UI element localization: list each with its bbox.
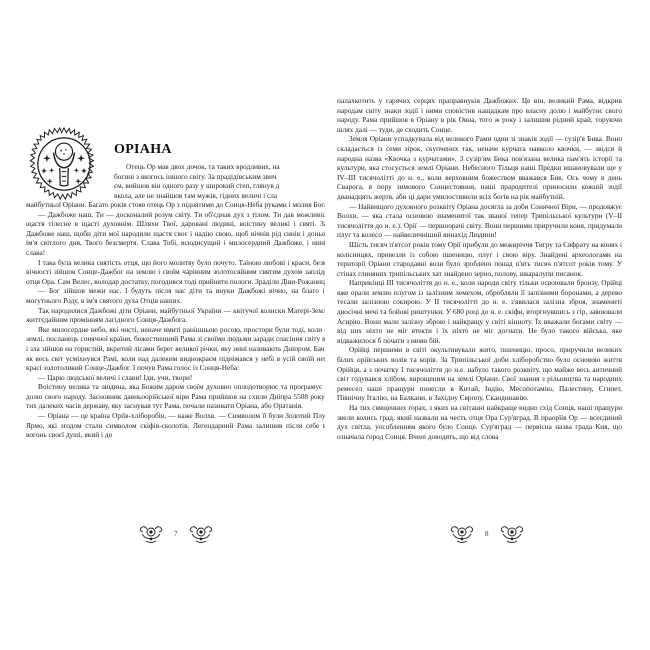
- paragraph: — Дажбоже наш, Ти — досконалий розум сві…: [26, 210, 325, 258]
- paragraph: — Оріана — це країна Оріїв-хліборобів, —…: [26, 411, 325, 440]
- floral-ornament-icon: [449, 524, 475, 544]
- paragraph: майбутньої Оріани. Багато років стояв от…: [26, 200, 325, 210]
- intro-line: єм, вийшов він одного разу у широкий сте…: [114, 181, 325, 191]
- page-footer: 8: [449, 524, 525, 544]
- paragraph: Наприкінці III тисячоліття до н. е., кол…: [337, 278, 622, 345]
- page-number: 8: [485, 530, 489, 538]
- paragraph: палахкотить у гарячих серцях праправнукі…: [337, 96, 622, 134]
- page-footer: 7: [138, 524, 214, 544]
- paragraph: Шість тисяч п'ятсот років тому Орії приб…: [337, 240, 622, 278]
- paragraph: Так народилися Дажбожі діти Оріани, майб…: [26, 306, 325, 325]
- intro-line: богині з якогось іншого світу. За прадід…: [114, 172, 325, 182]
- paragraph: Орійці першими в світі окультивували жит…: [337, 345, 622, 403]
- floral-ornament-icon: [188, 524, 214, 544]
- paragraph: На тих священних горах, з яких на світан…: [337, 403, 622, 441]
- paragraph: — Бог зійшов межи нас. І будуть після на…: [26, 286, 325, 305]
- intro-line: вкола, але не знайшов там мужів, гідних …: [114, 191, 325, 201]
- paragraph: Воістину велика та людина, яка Божим дар…: [26, 382, 325, 411]
- page-number: 7: [174, 530, 178, 538]
- floral-ornament-icon: [138, 524, 164, 544]
- paragraph: Яке милосердне небо, які чисті, неначе в…: [26, 325, 325, 373]
- right-page: палахкотить у гарячих серцях праправнукі…: [325, 0, 650, 650]
- paragraph: І така була велика святість отця, що йог…: [26, 258, 325, 287]
- sun-crescent-emblem-icon: [26, 126, 102, 202]
- paragraph: Земля Оріани успадкувала від великого Ра…: [337, 134, 622, 201]
- left-body-text: майбутньої Оріани. Багато років стояв от…: [26, 200, 325, 440]
- paragraph: — Найвищого духовного розквіту Оріана до…: [337, 202, 622, 240]
- intro-text: Отець Ор мав двох дочок, та таких вродли…: [114, 162, 325, 200]
- floral-ornament-icon: [499, 524, 525, 544]
- left-page: ОРІАНА Отець Ор мав двох дочок, та таких…: [0, 0, 325, 650]
- chapter-heading: ОРІАНА: [114, 142, 172, 158]
- intro-line: Отець Ор мав двох дочок, та таких вродли…: [114, 162, 325, 172]
- paragraph: — Царю людської величі і слави! Іди, учи…: [26, 373, 325, 383]
- right-body-text: палахкотить у гарячих серцях праправнукі…: [337, 96, 622, 441]
